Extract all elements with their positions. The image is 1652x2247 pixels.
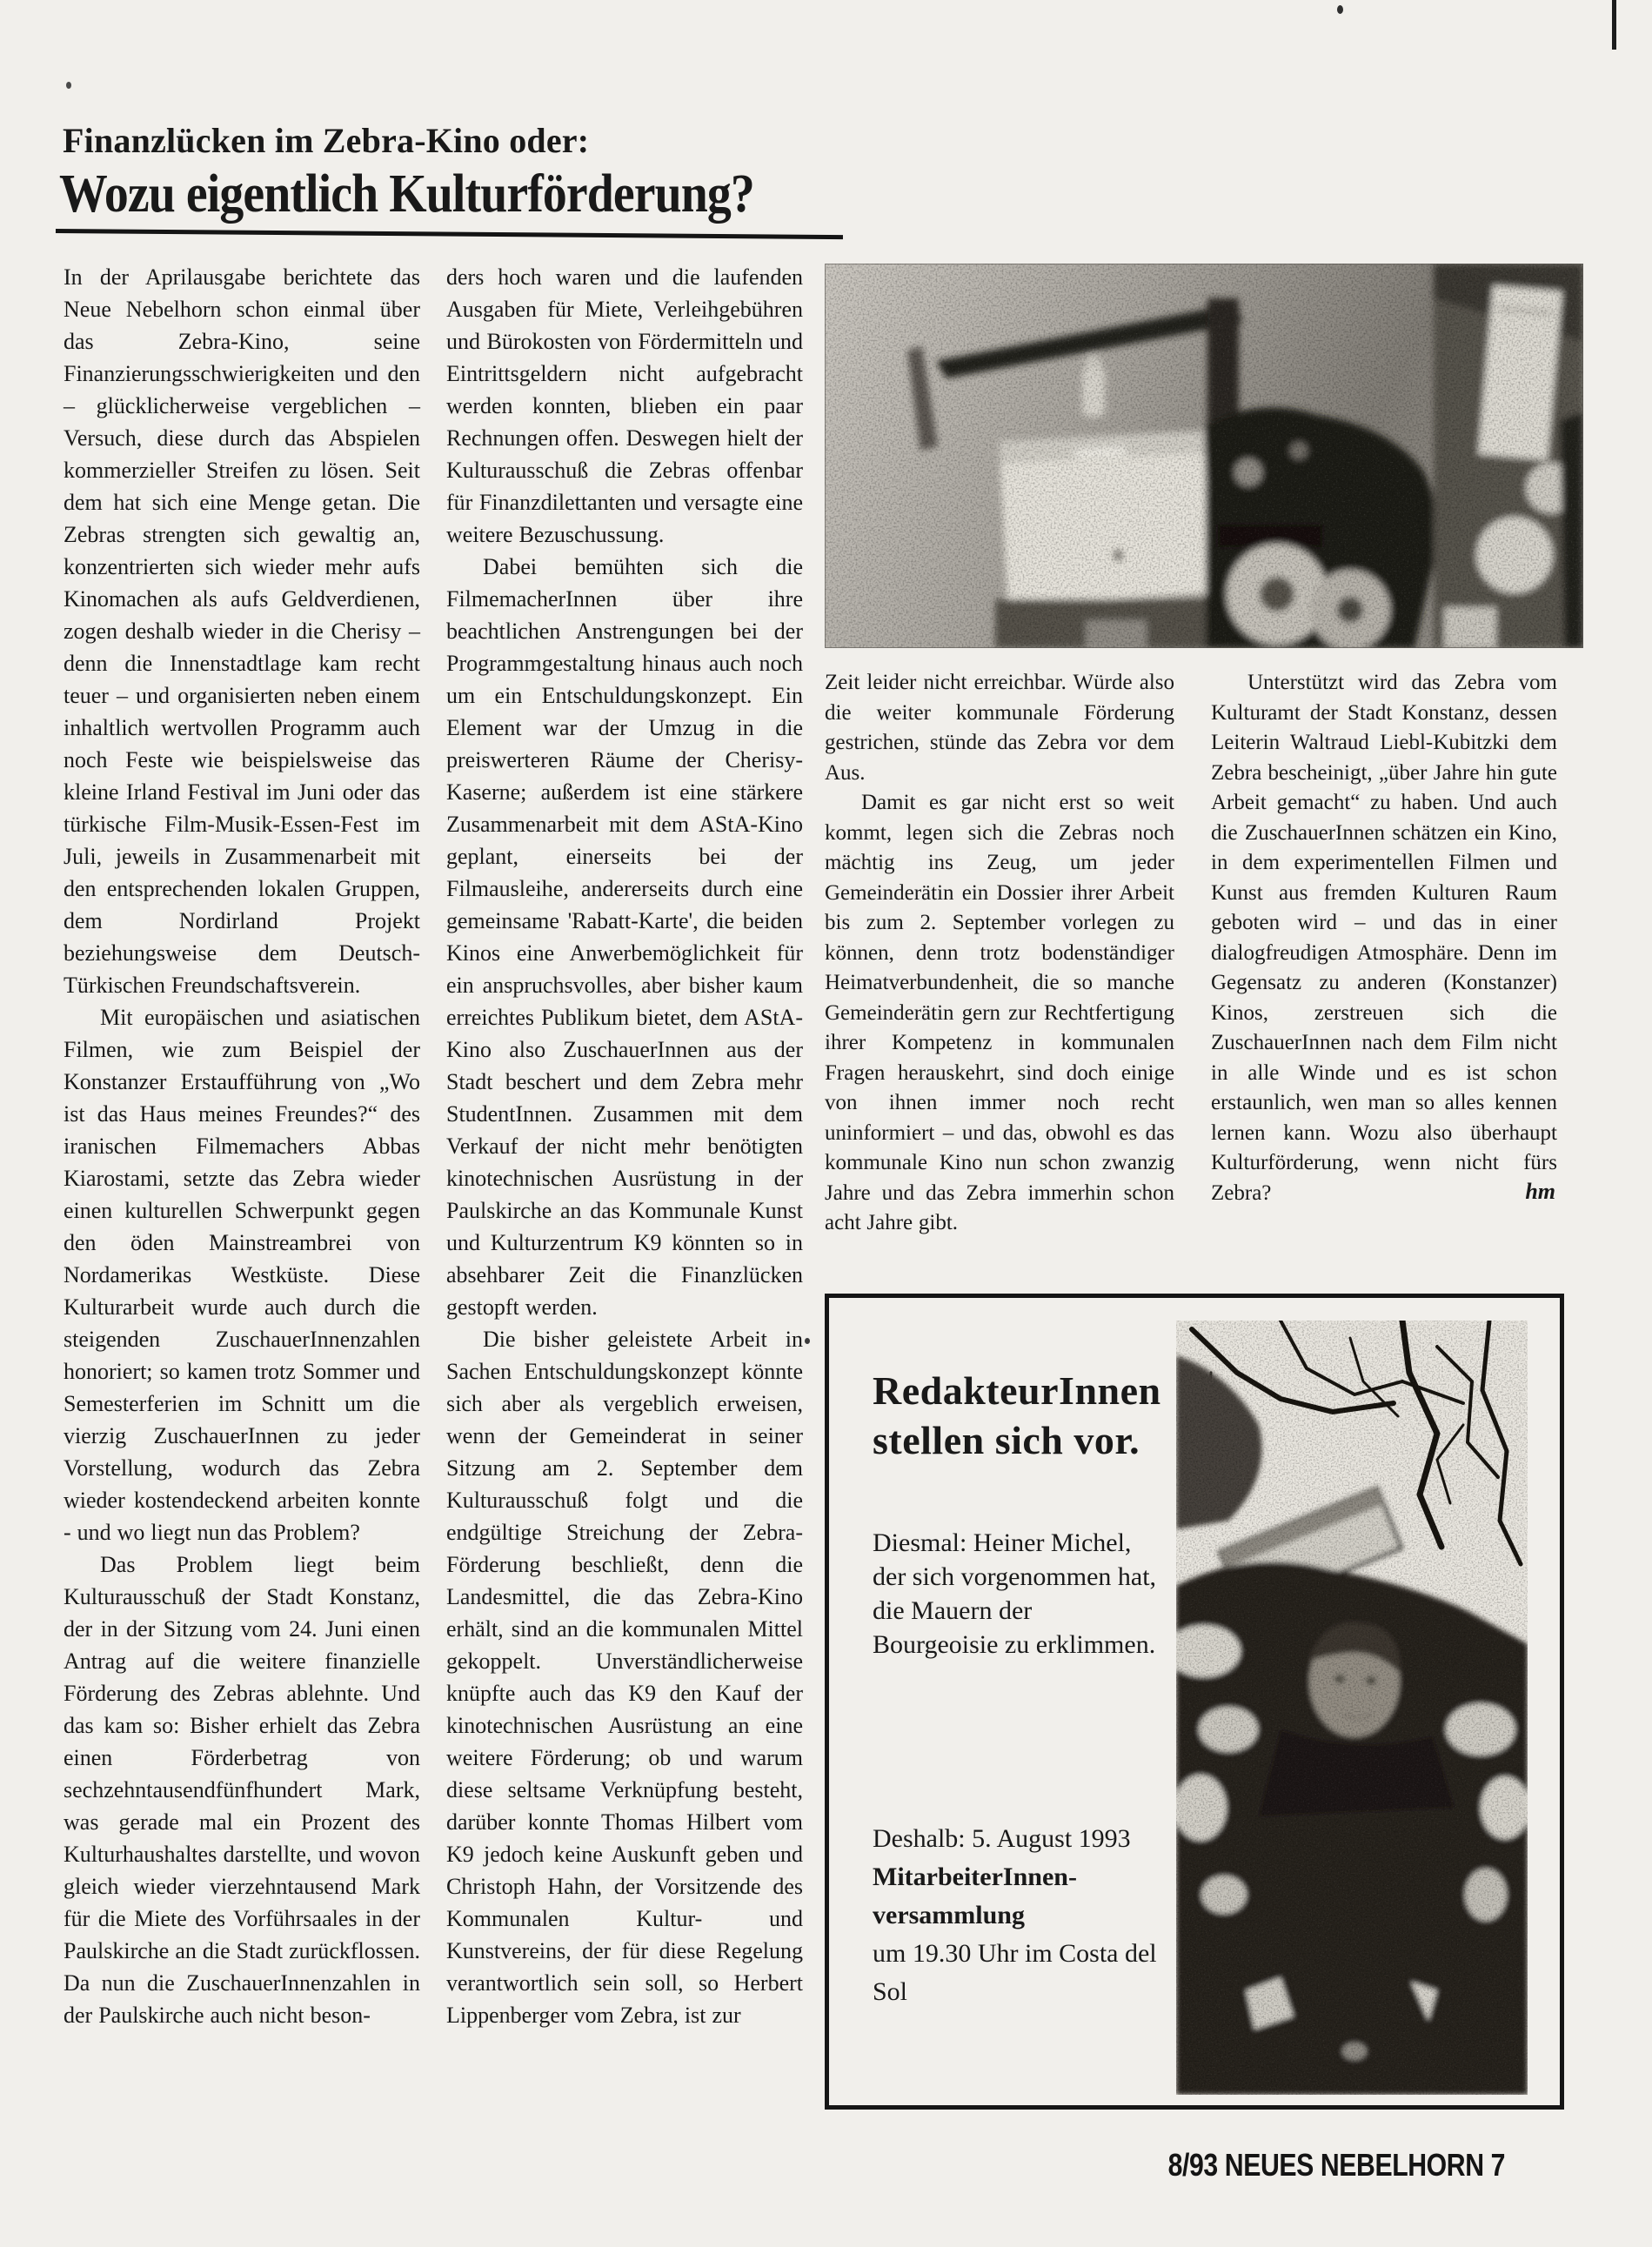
text-column-2: ders hoch waren und die laufenden Ausgab… bbox=[446, 261, 803, 2031]
box-event-announcement: Deshalb: 5. August 1993 MitarbeiterInnen… bbox=[873, 1820, 1164, 2011]
paragraph: Unterstützt wird das Zebra vom Kulturamt… bbox=[1211, 668, 1557, 1208]
paragraph: Dabei bemühten sich die FilmemacherInnen… bbox=[446, 551, 803, 1323]
text-column-3: Zeit leider nicht erreichbar. Würde also… bbox=[825, 668, 1174, 1239]
paragraph: Das Problem liegt beim Kulturausschuß de… bbox=[64, 1548, 420, 2031]
paragraph: Mit europäischen und asiatischen Filmen,… bbox=[64, 1001, 420, 1548]
scan-artifact bbox=[1337, 5, 1343, 14]
scan-artifact bbox=[1612, 0, 1616, 50]
page-footer: 8/93 NEUES NEBELHORN 7 bbox=[1125, 2147, 1505, 2183]
paragraph: In der Aprilausgabe berichtete das Neue … bbox=[64, 261, 420, 1001]
text-column-4: Unterstützt wird das Zebra vom Kulturamt… bbox=[1211, 668, 1557, 1208]
portrait-photo bbox=[1176, 1321, 1528, 2095]
scan-artifact bbox=[805, 1338, 810, 1344]
text-column-1: In der Aprilausgabe berichtete das Neue … bbox=[64, 261, 420, 2031]
magazine-page: Finanzlücken im Zebra-Kino oder: Wozu ei… bbox=[0, 0, 1652, 2247]
paragraph: Die bisher geleistete Arbeit in Sachen E… bbox=[446, 1323, 803, 2031]
article-kicker: Finanzlücken im Zebra-Kino oder: bbox=[63, 120, 589, 161]
event-date-line: Deshalb: 5. August 1993 bbox=[873, 1820, 1164, 1858]
paragraph: ders hoch waren und die laufenden Ausgab… bbox=[446, 261, 803, 551]
paragraph: Zeit leider nicht erreichbar. Würde also… bbox=[825, 668, 1174, 788]
paragraph: Damit es gar nicht erst so weit kommt, l… bbox=[825, 788, 1174, 1239]
author-initials: hm bbox=[1525, 1177, 1555, 1207]
editor-intro-box: RedakteurInnen stellen sich vor. Diesmal… bbox=[825, 1294, 1564, 2110]
headline-rule bbox=[56, 229, 843, 239]
event-time-line: um 19.30 Uhr im Costa del Sol bbox=[873, 1935, 1164, 2011]
projector-room-photo bbox=[825, 264, 1583, 648]
article-headline: Wozu eigentlich Kulturförderung? bbox=[59, 164, 754, 225]
box-intro-text: Diesmal: Heiner Michel, der sich vorgeno… bbox=[873, 1526, 1164, 1662]
event-title-line: MitarbeiterInnen-versammlung bbox=[873, 1858, 1164, 1935]
scan-artifact bbox=[66, 82, 71, 89]
box-heading: RedakteurInnen stellen sich vor. bbox=[873, 1366, 1186, 1465]
